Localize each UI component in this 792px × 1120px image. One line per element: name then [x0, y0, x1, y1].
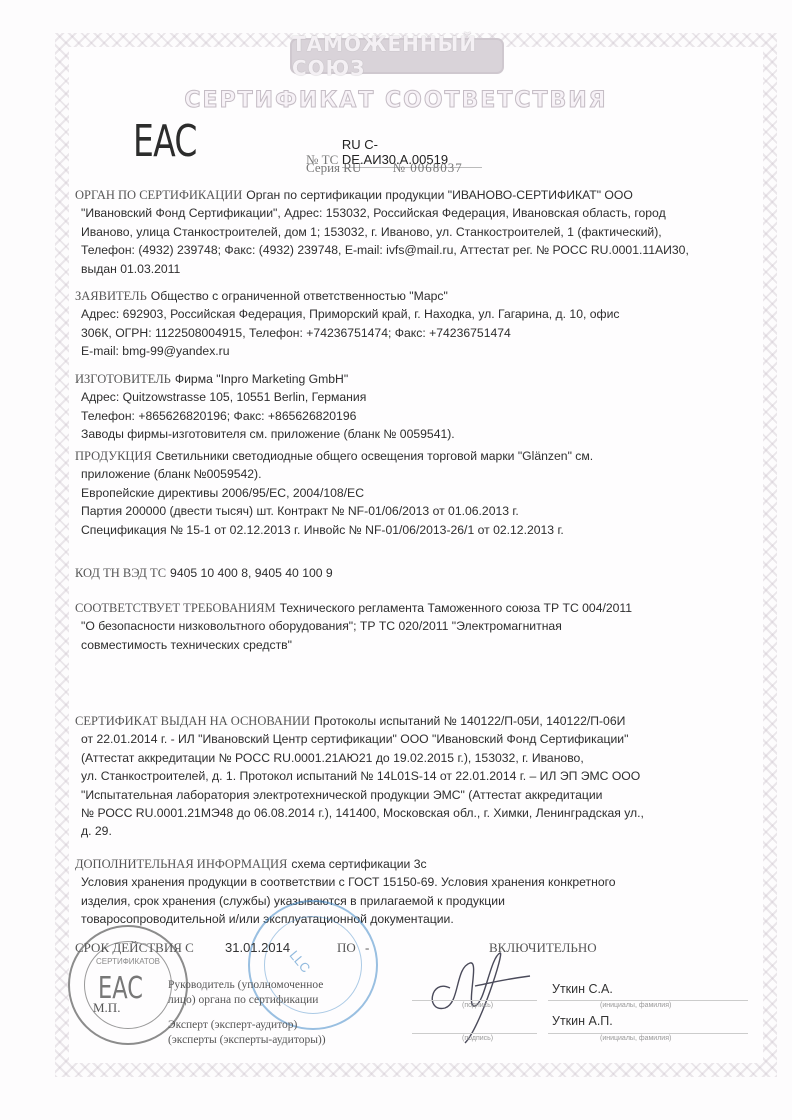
section-line: "О безопасности низковольтного оборудова… [75, 617, 755, 635]
section-heading: ОРГАН ПО СЕРТИФИКАЦИИ [75, 188, 242, 202]
head-role-label: Руководитель (уполномоченное лицо) орган… [168, 978, 323, 1008]
handwritten-signature-icon [420, 938, 540, 1048]
section-line: Телефон: +865626820196; Факс: +865626820… [75, 407, 755, 425]
section-line: E-mail: bmg-99@yandex.ru [75, 342, 755, 360]
section-line: Светильники светодиодные общего освещени… [156, 449, 593, 463]
section-line: Условия хранения продукции в соответстви… [75, 873, 755, 891]
expert-role-label: Эксперт (эксперт-аудитор) (эксперты (экс… [168, 1018, 326, 1048]
eac-logo-icon: EAC [133, 120, 197, 164]
section-heading: ПРОДУКЦИЯ [75, 449, 152, 463]
section-heading: ИЗГОТОВИТЕЛЬ [75, 372, 171, 386]
initials-line-expert [548, 1033, 748, 1034]
section-line: Адрес: Quitzowstrasse 105, 10551 Berlin,… [75, 388, 755, 406]
signature-line-head [412, 1000, 537, 1001]
section-line: Протоколы испытаний № 140122/П-05И, 1401… [314, 714, 625, 728]
section-line: д. 29. [75, 822, 755, 840]
role-line: Руководитель (уполномоченное [168, 978, 323, 993]
signature-caption: (подпись) [462, 1002, 493, 1009]
section-line: выдан 01.03.2011 [75, 260, 755, 278]
section-applicant: ЗАЯВИТЕЛЬОбщество с ограниченной ответст… [75, 287, 755, 361]
section-line: 306К, ОГРН: 1122508004915, Телефон: +742… [75, 324, 755, 342]
section-line: Спецификация № 15-1 от 02.12.2013 г. Инв… [75, 521, 755, 539]
section-line: Телефон: (4932) 239748; Факс: (4932) 239… [75, 241, 755, 259]
section-heading: ЗАЯВИТЕЛЬ [75, 289, 147, 303]
section-line: "Ивановский Фонд Сертификации", Адрес: 1… [75, 204, 755, 222]
section-line: Партия 200000 (двести тысяч) шт. Контрак… [75, 502, 755, 520]
section-heading: КОД ТН ВЭД ТС [75, 566, 166, 580]
section-line: схема сертификации 3с [291, 857, 426, 871]
section-line: Общество с ограниченной ответственностью… [151, 289, 448, 303]
role-line: Эксперт (эксперт-аудитор) [168, 1018, 326, 1033]
section-line: "Испытательная лаборатория электротехнич… [75, 786, 755, 804]
section-tn-ved: КОД ТН ВЭД ТС9405 10 400 8, 9405 40 100 … [75, 564, 755, 582]
role-line: (эксперты (эксперты-аудиторы)) [168, 1033, 326, 1048]
section-heading: ДОПОЛНИТЕЛЬНАЯ ИНФОРМАЦИЯ [75, 857, 287, 871]
section-basis: СЕРТИФИКАТ ВЫДАН НА ОСНОВАНИИПротоколы и… [75, 712, 755, 841]
section-line: приложение (бланк №0059542). [75, 465, 755, 483]
initials-caption: (инициалы, фамилия) [600, 1002, 671, 1009]
expert-name: Уткин А.П. [552, 1014, 613, 1028]
section-line: Иваново, улица Станкостроителей, дом 1; … [75, 223, 755, 241]
section-line: Орган по сертификации продукции "ИВАНОВО… [246, 188, 633, 202]
section-line: товаросопроводительной и/или эксплуатаци… [75, 910, 755, 928]
series-label: Серия [306, 160, 340, 175]
validity-from: 31.01.2014 [225, 940, 290, 955]
initials-line-head [548, 1000, 748, 1001]
seal-place-label: М.П. [93, 1000, 120, 1016]
validity-period: СРОК ДЕЙСТВИЯ С 31.01.2014 ПО - ВКЛЮЧИТЕ… [75, 940, 755, 960]
signature-caption: (подпись) [462, 1035, 493, 1042]
section-line: совместимость технических средств" [75, 636, 755, 654]
validity-to-label: ПО [337, 940, 356, 956]
section-additional-info: ДОПОЛНИТЕЛЬНАЯ ИНФОРМАЦИЯсхема сертифика… [75, 855, 755, 929]
signature-line-expert [412, 1033, 537, 1034]
section-line: Адрес: 692903, Российская Федерация, При… [75, 305, 755, 323]
document-title: СЕРТИФИКАТ СООТВЕТСТВИЯ [0, 88, 792, 113]
blank-number: № 0068037 [393, 160, 463, 175]
validity-label: СРОК ДЕЙСТВИЯ С [75, 940, 194, 956]
section-line: изделия, срок хранения (службы) указываю… [75, 892, 755, 910]
section-line: Технического регламента Таможенного союз… [280, 601, 632, 615]
section-requirements: СООТВЕТСТВУЕТ ТРЕБОВАНИЯМТехнического ре… [75, 599, 755, 654]
section-line: Фирма "Inpro Marketing GmbH" [175, 372, 348, 386]
head-name: Уткин С.А. [552, 982, 613, 996]
section-line: Европейские директивы 2006/95/EC, 2004/1… [75, 484, 755, 502]
section-manufacturer: ИЗГОТОВИТЕЛЬФирма "Inpro Marketing GmbH"… [75, 370, 755, 444]
section-heading: СООТВЕТСТВУЕТ ТРЕБОВАНИЯМ [75, 601, 276, 615]
customs-union-banner: ТАМОЖЕННЫЙ СОЮЗ [290, 38, 504, 74]
series-value: RU [343, 160, 361, 175]
section-line: ул. Станкостроителей, д. 1. Протокол исп… [75, 767, 755, 785]
section-certification-body: ОРГАН ПО СЕРТИФИКАЦИИОрган по сертификац… [75, 186, 755, 278]
role-line: лицо) органа по сертификации [168, 993, 323, 1008]
series-line: Серия RU № 0068037 [306, 160, 463, 176]
section-line: от 22.01.2014 г. - ИЛ "Ивановский Центр … [75, 730, 755, 748]
tn-ved-codes: 9405 10 400 8, 9405 40 100 9 [170, 566, 333, 580]
section-line: № РОСС RU.0001.21МЭ48 до 06.08.2014 г.),… [75, 804, 755, 822]
initials-caption: (инициалы, фамилия) [600, 1035, 671, 1042]
section-heading: СЕРТИФИКАТ ВЫДАН НА ОСНОВАНИИ [75, 714, 310, 728]
section-product: ПРОДУКЦИЯСветильники светодиодные общего… [75, 447, 755, 539]
blue-company-stamp: LLC [248, 900, 378, 1030]
section-line: Заводы фирмы-изготовителя см. приложение… [75, 425, 755, 443]
section-line: (Аттестат аккредитации № РОСС RU.0001.21… [75, 749, 755, 767]
validity-to: - [365, 940, 369, 956]
